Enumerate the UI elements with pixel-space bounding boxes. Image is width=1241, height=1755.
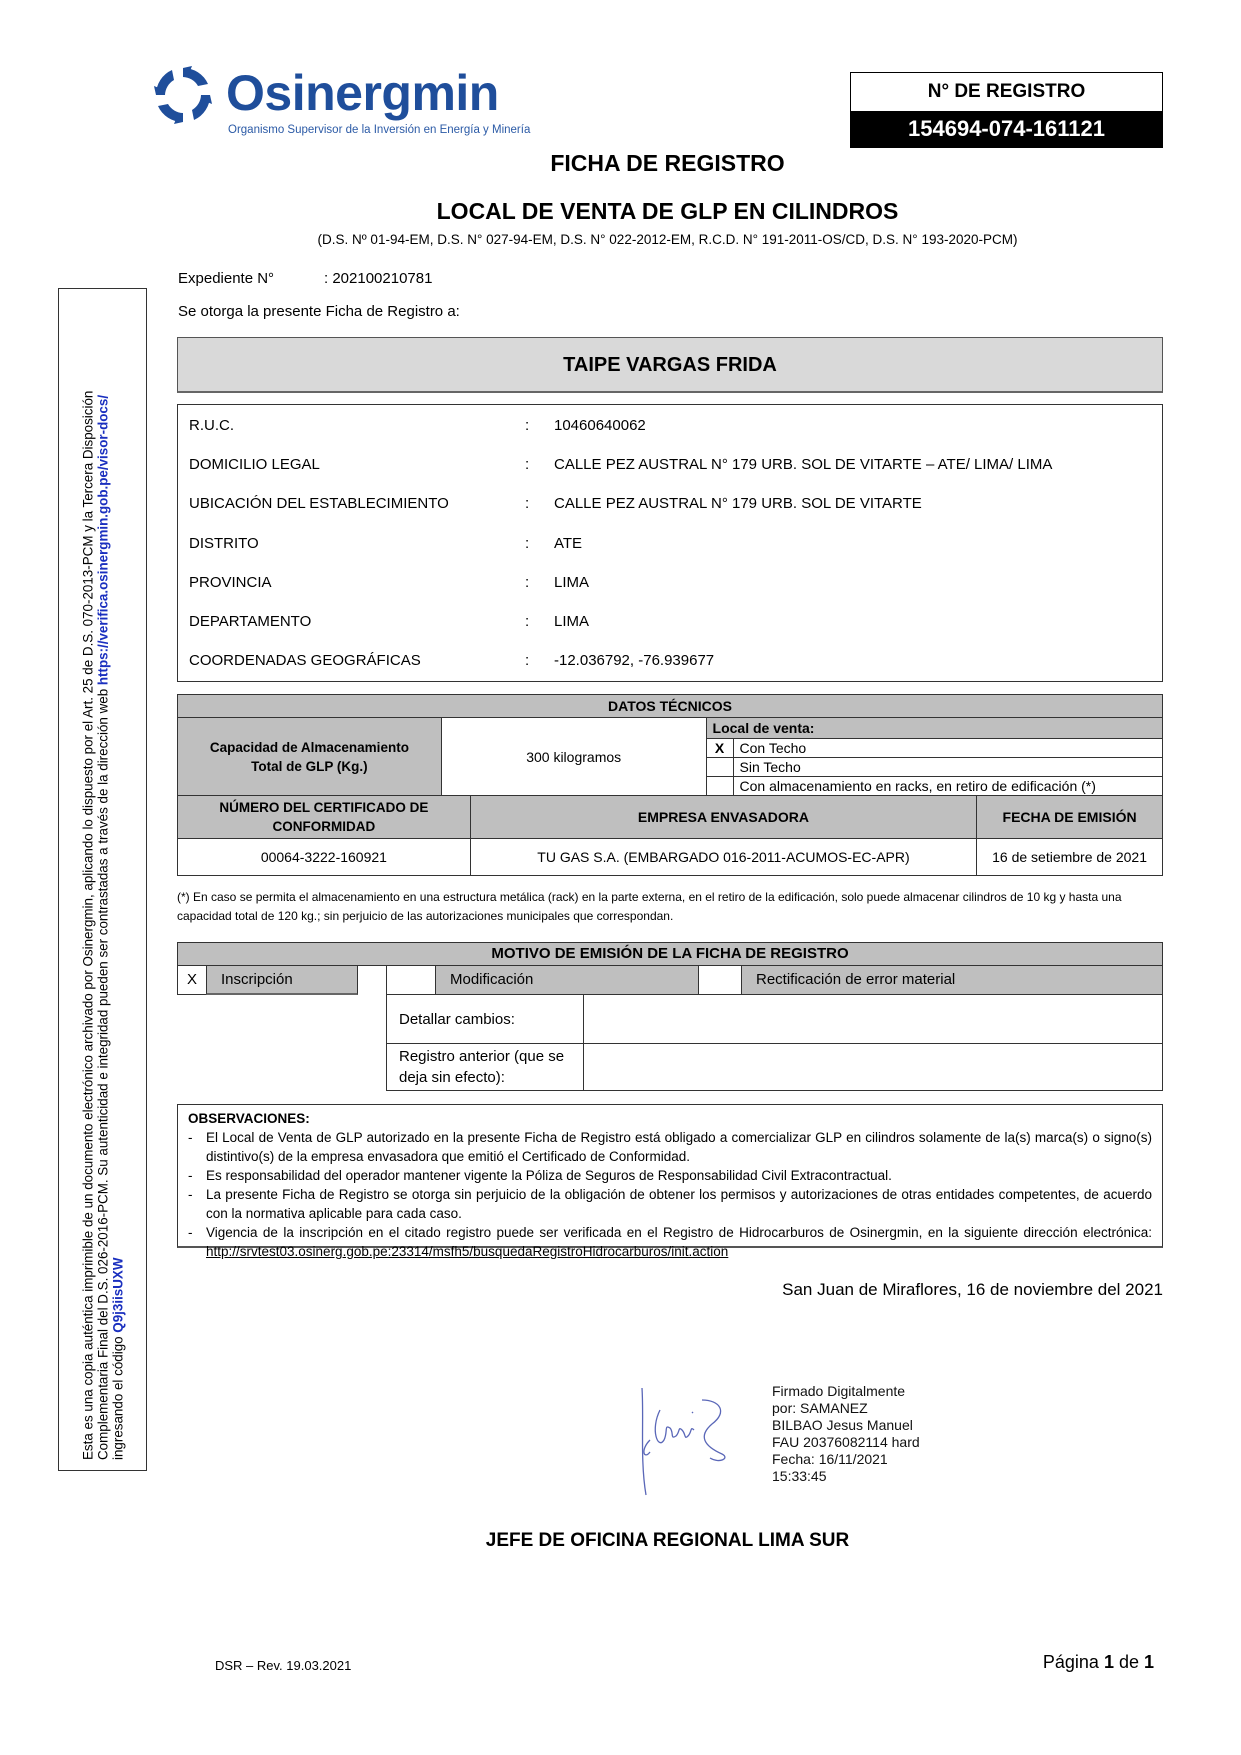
logo-wordmark: Osinergmin — [226, 62, 499, 124]
titular-name: TAIPE VARGAS FRIDA — [177, 337, 1163, 393]
info-label: UBICACIÓN DEL ESTABLECIMIENTO — [189, 495, 449, 512]
modificacion-checkbox — [386, 965, 436, 995]
empresa-value: TU GAS S.A. (EMBARGADO 016-2011-ACUMOS-E… — [470, 839, 976, 876]
side-line-1: Esta es una copia auténtica imprimible d… — [81, 300, 96, 1460]
observaciones-box: OBSERVACIONES: El Local de Venta de GLP … — [177, 1104, 1163, 1248]
handwritten-signature-icon — [630, 1380, 730, 1500]
registro-label: N° DE REGISTRO — [851, 73, 1162, 111]
inscripcion-checkbox: X — [177, 965, 207, 995]
document-subtitle: LOCAL DE VENTA DE GLP EN CILINDROS — [0, 198, 1241, 225]
signature-line: FAU 20376082114 hard — [772, 1434, 920, 1451]
side-line-2: Complementaria Final del D.S. 026-2016-P… — [96, 300, 111, 1460]
side-line-3: ingresando el código Q9j3iisUXW — [111, 300, 126, 1460]
info-label: R.U.C. — [189, 417, 234, 434]
capacidad-label: Capacidad de Almacenamiento Total de GLP… — [178, 718, 442, 796]
verification-code: Q9j3iisUXW — [111, 1258, 126, 1333]
motivo-title: MOTIVO DE EMISIÓN DE LA FICHA DE REGISTR… — [177, 942, 1163, 966]
info-label: PROVINCIA — [189, 574, 272, 591]
info-value: CALLE PEZ AUSTRAL N° 179 URB. SOL DE VIT… — [554, 456, 1052, 473]
modificacion-details-table: Detallar cambios: Registro anterior (que… — [386, 994, 1163, 1091]
info-colon: : — [525, 613, 529, 630]
registro-hidrocarburos-link[interactable]: http://srvtest03.osinerg.gob.pe:23314/ms… — [206, 1244, 728, 1259]
local-venta-label: Local de venta: — [706, 718, 1162, 739]
info-value: LIMA — [554, 613, 589, 630]
side-line-2-text: Complementaria Final del D.S. 026-2016-P… — [96, 685, 111, 1460]
info-value: CALLE PEZ AUSTRAL N° 179 URB. SOL DE VIT… — [554, 495, 922, 512]
place-date: San Juan de Miraflores, 16 de noviembre … — [782, 1280, 1163, 1300]
observaciones-title: OBSERVACIONES: — [188, 1109, 1152, 1128]
modificacion-label: Modificación — [435, 965, 699, 995]
observacion-item: Es responsabilidad del operador mantener… — [188, 1166, 1152, 1185]
certificado-header: NÚMERO DEL CERTIFICADO DE CONFORMIDAD — [178, 796, 471, 839]
fecha-emision-value: 16 de setiembre de 2021 — [977, 839, 1163, 876]
observacion-text: Vigencia de la inscripción en el citado … — [206, 1225, 1152, 1240]
detallar-cambios-value — [584, 995, 1163, 1044]
page-prefix: Página — [1043, 1652, 1104, 1672]
titular-info-box: R.U.C. : 10460640062 DOMICILIO LEGAL : C… — [177, 404, 1163, 682]
info-label: DISTRITO — [189, 535, 259, 552]
otorga-text: Se otorga la presente Ficha de Registro … — [178, 303, 460, 320]
capacidad-value: 300 kilogramos — [441, 718, 706, 796]
info-colon: : — [525, 417, 529, 434]
page-total: 1 — [1144, 1652, 1154, 1672]
osinergmin-swirl-icon — [152, 64, 214, 126]
logo-subtitle: Organismo Supervisor de la Inversión en … — [228, 124, 530, 136]
info-label: COORDENADAS GEOGRÁFICAS — [189, 652, 421, 669]
verification-link[interactable]: https://verifica.osinergmin.gob.pe/visor… — [96, 395, 111, 685]
authenticity-text: Esta es una copia auténtica imprimible d… — [81, 300, 126, 1460]
revision-label: DSR – Rev. 19.03.2021 — [215, 1658, 351, 1673]
sin-techo-checkbox — [706, 758, 733, 777]
racks-footnote: (*) En caso se permita el almacenamiento… — [177, 888, 1163, 926]
signature-line: Firmado Digitalmente — [772, 1383, 920, 1400]
page-number: Página 1 de 1 — [1043, 1652, 1154, 1673]
con-techo-label: Con Techo — [733, 739, 1163, 758]
con-techo-checkbox: X — [706, 739, 733, 758]
legal-basis: (D.S. Nº 01-94-EM, D.S. N° 027-94-EM, D.… — [0, 232, 1241, 247]
digital-signature-text: Firmado Digitalmente por: SAMANEZ BILBAO… — [772, 1383, 920, 1485]
datos-tecnicos-table: DATOS TÉCNICOS Capacidad de Almacenamien… — [177, 694, 1163, 876]
info-colon: : — [525, 652, 529, 669]
expediente-label: Expediente N° — [178, 270, 274, 287]
signature-line: por: SAMANEZ — [772, 1400, 920, 1417]
observacion-item: El Local de Venta de GLP autorizado en l… — [188, 1128, 1152, 1166]
osinergmin-logo: Osinergmin Organismo Supervisor de la In… — [152, 62, 522, 142]
inscripcion-label: Inscripción — [206, 965, 358, 995]
side-line-3-text: ingresando el código — [111, 1333, 126, 1460]
rectificacion-label: Rectificación de error material — [741, 965, 1163, 995]
info-colon: : — [525, 495, 529, 512]
certificado-value: 00064-3222-160921 — [178, 839, 471, 876]
racks-label: Con almacenamiento en racks, en retiro d… — [733, 777, 1163, 796]
signer-title: JEFE DE OFICINA REGIONAL LIMA SUR — [0, 1530, 1241, 1552]
info-colon: : — [525, 574, 529, 591]
signature-line: 15:33:45 — [772, 1468, 920, 1485]
registro-anterior-label: Registro anterior (que se deja sin efect… — [387, 1044, 584, 1091]
registro-box: N° DE REGISTRO 154694-074-161121 — [850, 72, 1163, 148]
registro-number: 154694-074-161121 — [851, 111, 1162, 147]
sin-techo-label: Sin Techo — [733, 758, 1163, 777]
rectificacion-checkbox — [698, 965, 742, 995]
info-value: LIMA — [554, 574, 589, 591]
info-colon: : — [525, 535, 529, 552]
page-mid: de — [1114, 1652, 1144, 1672]
document-title: FICHA DE REGISTRO — [0, 150, 1241, 177]
detallar-cambios-label: Detallar cambios: — [387, 995, 584, 1044]
info-colon: : — [525, 456, 529, 473]
page-current: 1 — [1104, 1652, 1114, 1672]
expediente-value: : 202100210781 — [324, 270, 432, 287]
observacion-item: La presente Ficha de Registro se otorga … — [188, 1185, 1152, 1223]
authenticity-side-note: Esta es una copia auténtica imprimible d… — [58, 288, 147, 1471]
empresa-header: EMPRESA ENVASADORA — [470, 796, 976, 839]
info-value: ATE — [554, 535, 582, 552]
signature-line: BILBAO Jesus Manuel — [772, 1417, 920, 1434]
info-value: -12.036792, -76.939677 — [554, 652, 714, 669]
info-label: DOMICILIO LEGAL — [189, 456, 320, 473]
datos-tecnicos-title: DATOS TÉCNICOS — [178, 695, 1163, 718]
observacion-item: Vigencia de la inscripción en el citado … — [188, 1223, 1152, 1261]
fecha-emision-header: FECHA DE EMISIÓN — [977, 796, 1163, 839]
info-label: DEPARTAMENTO — [189, 613, 311, 630]
info-value: 10460640062 — [554, 417, 646, 434]
registro-anterior-value — [584, 1044, 1163, 1091]
signature-line: Fecha: 16/11/2021 — [772, 1451, 920, 1468]
racks-checkbox — [706, 777, 733, 796]
